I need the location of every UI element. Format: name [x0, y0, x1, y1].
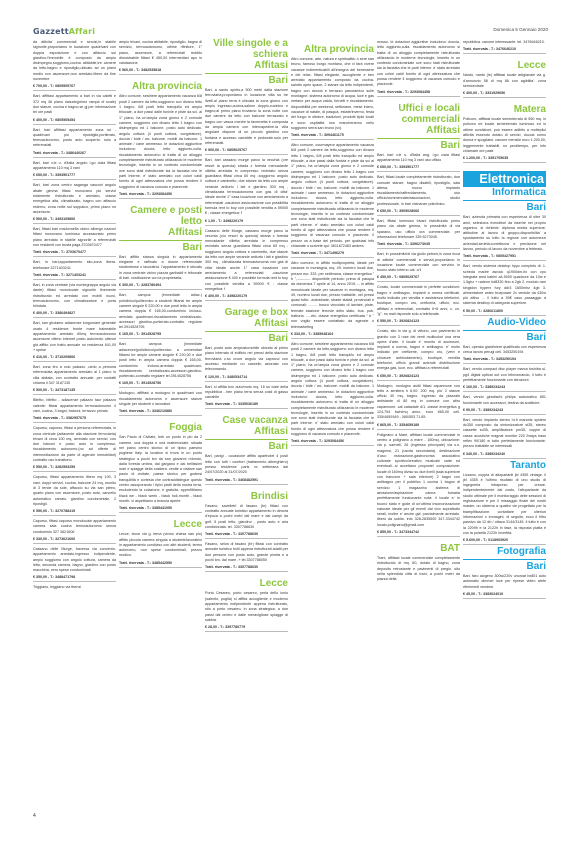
classified-ad: Bari, parigi - occasione affitto apartho…: [205, 452, 288, 476]
classified-ad: Bari, vendo impianto stereo hi-fi marant…: [463, 416, 546, 451]
classified-ad: San Paolo di Civitate, beb un punto in p…: [119, 433, 202, 505]
classified-ad: Cassano delle Murge, traversa via conven…: [33, 545, 116, 574]
section-heading: Camere e posti letto: [119, 205, 202, 227]
section-heading: Altra provincia: [119, 81, 202, 92]
ad-price-contact: Tratt. riservata - T.: 3396273045: [377, 241, 460, 249]
classified-ad: Altro comune, in affitto multiproprietà,…: [291, 259, 374, 331]
classified-ad: Bari, bari v.le u. d'italia angolo l.go …: [33, 159, 116, 173]
city-heading: BAT: [377, 543, 460, 554]
classified-ad: Capurso, capurso, fittasi a persona refe…: [33, 424, 116, 464]
classified-ad: Corato, locale commerciale in perfette c…: [377, 283, 460, 318]
city-heading: Bari: [205, 331, 288, 344]
classified-ad: Altro comune, sestriere appartamento vac…: [291, 340, 374, 438]
page-number: 4: [33, 813, 36, 819]
section-heading: Case vacanza: [205, 415, 288, 426]
ad-price-contact: € 865,00 - T.: 3354659189: [377, 422, 460, 430]
city-heading: Taranto: [463, 460, 546, 471]
classified-ad: repubblica. canone interessante. tel. 34…: [463, 38, 546, 46]
classified-ad: Bari, vendo sistema desktop hppc complet…: [463, 262, 546, 307]
classified-ad: Cassano delle Murge, cassano murge parco…: [205, 227, 288, 294]
city-heading: Matera: [463, 104, 546, 115]
section-heading: Altra provincia: [291, 44, 374, 55]
ad-price-contact: € 330,00 - T.: 3273621606: [33, 536, 116, 544]
classified-ad: Triggiano, triggiano via tbenzi: [33, 583, 116, 591]
ad-price-contact: Tratt. riservata - T.: 3335036189: [205, 401, 288, 409]
classified-ad: Bari, campus (immediate adiacenze)policl…: [119, 340, 202, 380]
ad-price-contact: € 550,00 - T.: 3270788415: [33, 508, 116, 516]
classified-ad: Porto Cesareo, porto cesareo, perla dell…: [205, 589, 288, 624]
ad-price-contact: € 300,00 - T.: 3283780494: [119, 282, 202, 290]
ad-price-contact: € 900,00 - T.: 0805025767: [205, 147, 288, 155]
section-subheading: Affitasi: [205, 60, 288, 71]
ad-price-contact: € 500,00 - T.: 3473187135: [33, 387, 116, 395]
section-subheading: Affitasi: [119, 227, 202, 238]
ad-price-contact: € 850,00 - T.: 3473344742: [377, 529, 460, 537]
ad-price-contact: € 400,00 - T.: 0805505454: [33, 117, 116, 125]
city-heading: Bari: [205, 439, 288, 452]
classified-ad: Bari, si affitta box auto/moto mq. 16 su…: [205, 383, 288, 402]
classified-ad: Bari, bari affittasi appartamento zona r…: [33, 126, 116, 150]
classified-ad: mosso. le dotazioni aggiuntive includono…: [377, 38, 460, 89]
ad-price-contact: € 5.600,00 - T.: 0118903920: [463, 537, 546, 545]
city-heading: Brindisi: [205, 491, 288, 502]
ad-price-contact: Tratt. riservata - T.: 3271403241: [33, 272, 116, 280]
classifieds-columns: da attivita' commerciali e servizi,in st…: [33, 38, 548, 818]
classified-ad: Policoro, affittasi locale seminterrato …: [463, 115, 546, 155]
section-heading: Audio-Video: [463, 317, 546, 328]
ad-price-contact: € 650,00 - T.: 3393501777: [33, 172, 116, 180]
classified-ad: Capurso, fittasi appartamento libero mq …: [33, 473, 116, 508]
ad-price-contact: € 416,00 - T.: 3710209806: [33, 354, 116, 362]
ad-price-contact: € 340,00 - T.: 3389234240: [463, 451, 546, 459]
ad-price-contact: € 400,00 - T.: 3498220179: [205, 293, 288, 301]
ad-price-contact: Tratt. riservata - T.: 3453250194: [463, 356, 546, 364]
ad-price-contact: Tratt. riservata - T.: 3382957675: [33, 415, 116, 423]
classified-ad: Modugno, modugno asi6l fittasi capannone…: [377, 382, 460, 422]
ad-price-contact: Tratt. riservata - T.: 3468482591: [205, 477, 288, 485]
section-heading: Fotografia: [463, 546, 546, 557]
city-heading: Bari: [377, 138, 460, 151]
classified-ad: Bari, faro alogeno 300w/220v unomat bx80…: [463, 572, 546, 591]
classified-ad: Modugno, affittasi a modugno in quadriva…: [119, 389, 202, 408]
ad-price-contact: € 333,00 - T.: 3385948164: [291, 331, 374, 339]
ad-price-contact: € 650,00 - T.: 3393501777: [377, 164, 460, 172]
city-heading: Lecce: [119, 519, 202, 530]
ad-price-contact: € 45,00 - T.: 3383024010: [463, 591, 546, 599]
ad-price-contact: € 560,00 - T.: 3482535818: [119, 67, 202, 75]
classified-ad: Bari, san girolamo adiacenze lungomare g…: [33, 319, 116, 354]
classified-ad: Altro comune, sestriere appartamento vac…: [119, 92, 202, 190]
city-heading: Bari: [463, 559, 546, 572]
classified-ad: Bari, fittasi locale completamente ristr…: [377, 173, 460, 208]
category-band: Elettronica: [463, 171, 546, 187]
ad-price-contact: € 165,00 - T.: 3914528756: [119, 380, 202, 388]
ad-price-contact: Tratt. riservata - T.: 3346210880: [119, 408, 202, 416]
section-heading: Informatica: [463, 187, 546, 198]
column-3: Ville singole e a schieraAffitasiBariBar…: [205, 38, 288, 818]
city-heading: Bari: [463, 330, 546, 343]
classified-ad: Corato, sito in via g. di vittorio, con …: [377, 327, 460, 372]
ad-price-contact: € 350,00 - T.: 3488471798: [33, 574, 116, 582]
ad-price-contact: Tratt. riservata - T.: 3486440267: [33, 150, 116, 158]
ad-price-contact: € 500,00 - T.: 3493105806: [33, 216, 116, 224]
section-heading: Garage e box: [205, 307, 288, 318]
ad-price-contact: € 160,00 - T.: 3389234243: [463, 384, 546, 392]
classified-ad: Bari, campus (immediate adiac.) policlin…: [119, 291, 202, 331]
column-4: Altra provinciaAltro comune, arte, natur…: [291, 38, 374, 818]
classified-ad: Lecce, lecce via g. tema (vicino chiesa …: [119, 530, 202, 559]
ad-price-contact: € 550,00 - T.: 3926824123: [377, 318, 460, 326]
issue-date: Domenica 5 Gennaio 2020: [493, 27, 548, 32]
classified-ad: Bari, in bari,appartamento sito,zona lib…: [33, 258, 116, 272]
ad-price-contact: Tratt. riservata - T.: 3293084456: [119, 191, 202, 199]
classified-ad: Fasano, selva di fasano (br) fittasi con…: [205, 540, 288, 564]
city-heading: Bari: [463, 200, 546, 213]
classified-ad: Bari, fittasi bari madonnella vicino alb…: [33, 225, 116, 249]
classified-ad: Altro comune, courmayeur appartamento va…: [291, 141, 374, 250]
ad-price-contact: € 400,00 - T.: 3386494827: [33, 310, 116, 318]
ad-price-contact: € 1,00 - T.: 3498220179: [205, 218, 288, 226]
masthead: GazzettAffari: [33, 27, 95, 36]
ad-price-contact: € 28,00 - T.: 3397780779: [205, 624, 288, 632]
classified-ad: Capurso, fittasi capurso monolocale appa…: [33, 517, 116, 536]
city-heading: Bari: [119, 240, 202, 253]
ad-price-contact: Tratt. riservata - T.: 3307788630: [205, 564, 288, 572]
classified-ad: Bari, in zona centrale (via montegrappa …: [33, 281, 116, 310]
classified-ad: Bari, bari v.le u. d'italia ang. l.go ci…: [377, 151, 460, 165]
classified-ad: Bari, vendo giradischi philips automatic…: [463, 393, 546, 407]
ad-price-contact: Tratt. riservata - T.: 3703670477: [33, 249, 116, 257]
column-6: repubblica. canone interessante. tel. 34…: [463, 38, 546, 818]
ad-price-contact: € 120,00 - T.: 3480534714: [205, 374, 288, 382]
classified-ad: Bari, in prossimita'di via giulio petron…: [377, 250, 460, 274]
column-2: ampio trivani, cucina abitabile, riposti…: [119, 38, 202, 818]
ad-price-contact: Tratt. riservata - T.: 3485442550: [119, 560, 202, 568]
ad-price-contact: € 650,00 - T.: 3926824123: [377, 373, 460, 381]
ad-price-contact: € 550,00 - T.: 3282593259: [33, 464, 116, 472]
classified-ad: Bari, vendo compact disc player marca to…: [463, 365, 546, 384]
ad-price-contact: € 650,00 - T.: 3505028066: [377, 208, 460, 216]
classified-ad: Bari, bari zona centro saganga vasconi a…: [33, 181, 116, 216]
classified-ad: Bari, zona tiro a volo palazzo ,uedo a p…: [33, 363, 116, 387]
ad-price-contact: Tratt. riservata - T.: 3293084456: [291, 438, 374, 446]
classified-ad: Altro comune, arte, natura e spiritualit…: [291, 55, 374, 132]
ad-price-contact: Tratt. riservata - T.: 3476646210: [463, 46, 546, 54]
city-heading: Foggia: [119, 422, 202, 433]
section-heading: Ville singole e a schiera: [205, 38, 288, 60]
city-heading: Lecce: [463, 60, 546, 71]
classified-ad: Bari, posto auto ampiostomobile ubicato …: [205, 344, 288, 373]
classified-ad: ampio trivani, cucina abitabile, riposti…: [119, 38, 202, 67]
ad-price-contact: € 400,00 - T.: 3331929656: [463, 90, 546, 98]
classified-ad: da attivita' commerciali e servizi,in st…: [33, 38, 116, 83]
ad-price-contact: Tratt. riservata - T.: 3471496279: [291, 250, 374, 258]
city-heading: Lecce: [205, 578, 288, 589]
ad-price-contact: € 165,00 - T.: 3914528795: [119, 331, 202, 339]
classified-ad: Bari, fittasi luminoso bivani ristruttur…: [377, 217, 460, 241]
classified-ad: Bitritto, bitritto - adiacenze palazzo t…: [33, 396, 116, 415]
classified-ad: Bari, affittasi appartamento a bari in v…: [33, 92, 116, 116]
classified-ad: Bari, operaio giardiniere qualificato co…: [463, 343, 546, 357]
ad-price-contact: Tratt. riservata - T.: 3094461175: [291, 132, 374, 140]
classified-ad: Nardò, nardò (le) affittasi locale artig…: [463, 71, 546, 90]
section-subheading: Affitasi: [205, 426, 288, 437]
classified-ad: Fasano, savelletri di fasano (br) fittas…: [205, 502, 288, 531]
section-heading: Uffici e locali commerciali: [377, 103, 460, 125]
section-subheading: Affitasi: [377, 125, 460, 136]
column-5: mosso. le dotazioni aggiuntive includono…: [377, 38, 460, 818]
classified-ad: Bari, azienda primaria con esperienza di…: [463, 213, 546, 253]
section-subheading: Affitasi: [205, 318, 288, 329]
ad-price-contact: € 50,00 - T.: 3286611800: [463, 308, 546, 316]
classified-ad: Lizzano, coppia di altoparlanti jbl 4355…: [463, 471, 546, 538]
ad-price-contact: € 700,00 - T.: 0805505767: [33, 83, 116, 91]
ad-price-contact: € 1.200,00 - T.: 3391705635: [463, 155, 546, 163]
ad-price-contact: Tratt. riservata - T.: 3293084458: [377, 89, 460, 97]
classified-ad: Bari, affitto stanza singola in appartam…: [119, 253, 202, 282]
ad-price-contact: € 90,00 - T.: 3389234243: [463, 407, 546, 415]
ad-price-contact: € 450,00 - T.: 0805025767: [377, 274, 460, 282]
masthead-main: Gazzett: [33, 27, 69, 36]
classified-ad: Bari, bari cassano murge parco la vecchi…: [205, 156, 288, 217]
classified-ad: Bari, a santo spirito,a 500 metri dalla …: [205, 86, 288, 147]
classified-ad: Trani, affittasi locale commerciale comp…: [377, 554, 460, 583]
classified-ad: Polignano a Mare, affittasi locale comme…: [377, 431, 460, 529]
ad-price-contact: Tratt. riservata - T.: 3385441050: [119, 505, 202, 513]
masthead-accent: Affari: [69, 27, 95, 36]
city-heading: Bari: [205, 73, 288, 86]
ad-price-contact: Tratt. riservata - T.: 0805427951: [463, 253, 546, 261]
ad-price-contact: Tratt. riservata - T.: 3307788630: [205, 531, 288, 539]
column-1: da attivita' commerciali e servizi,in st…: [33, 38, 116, 818]
